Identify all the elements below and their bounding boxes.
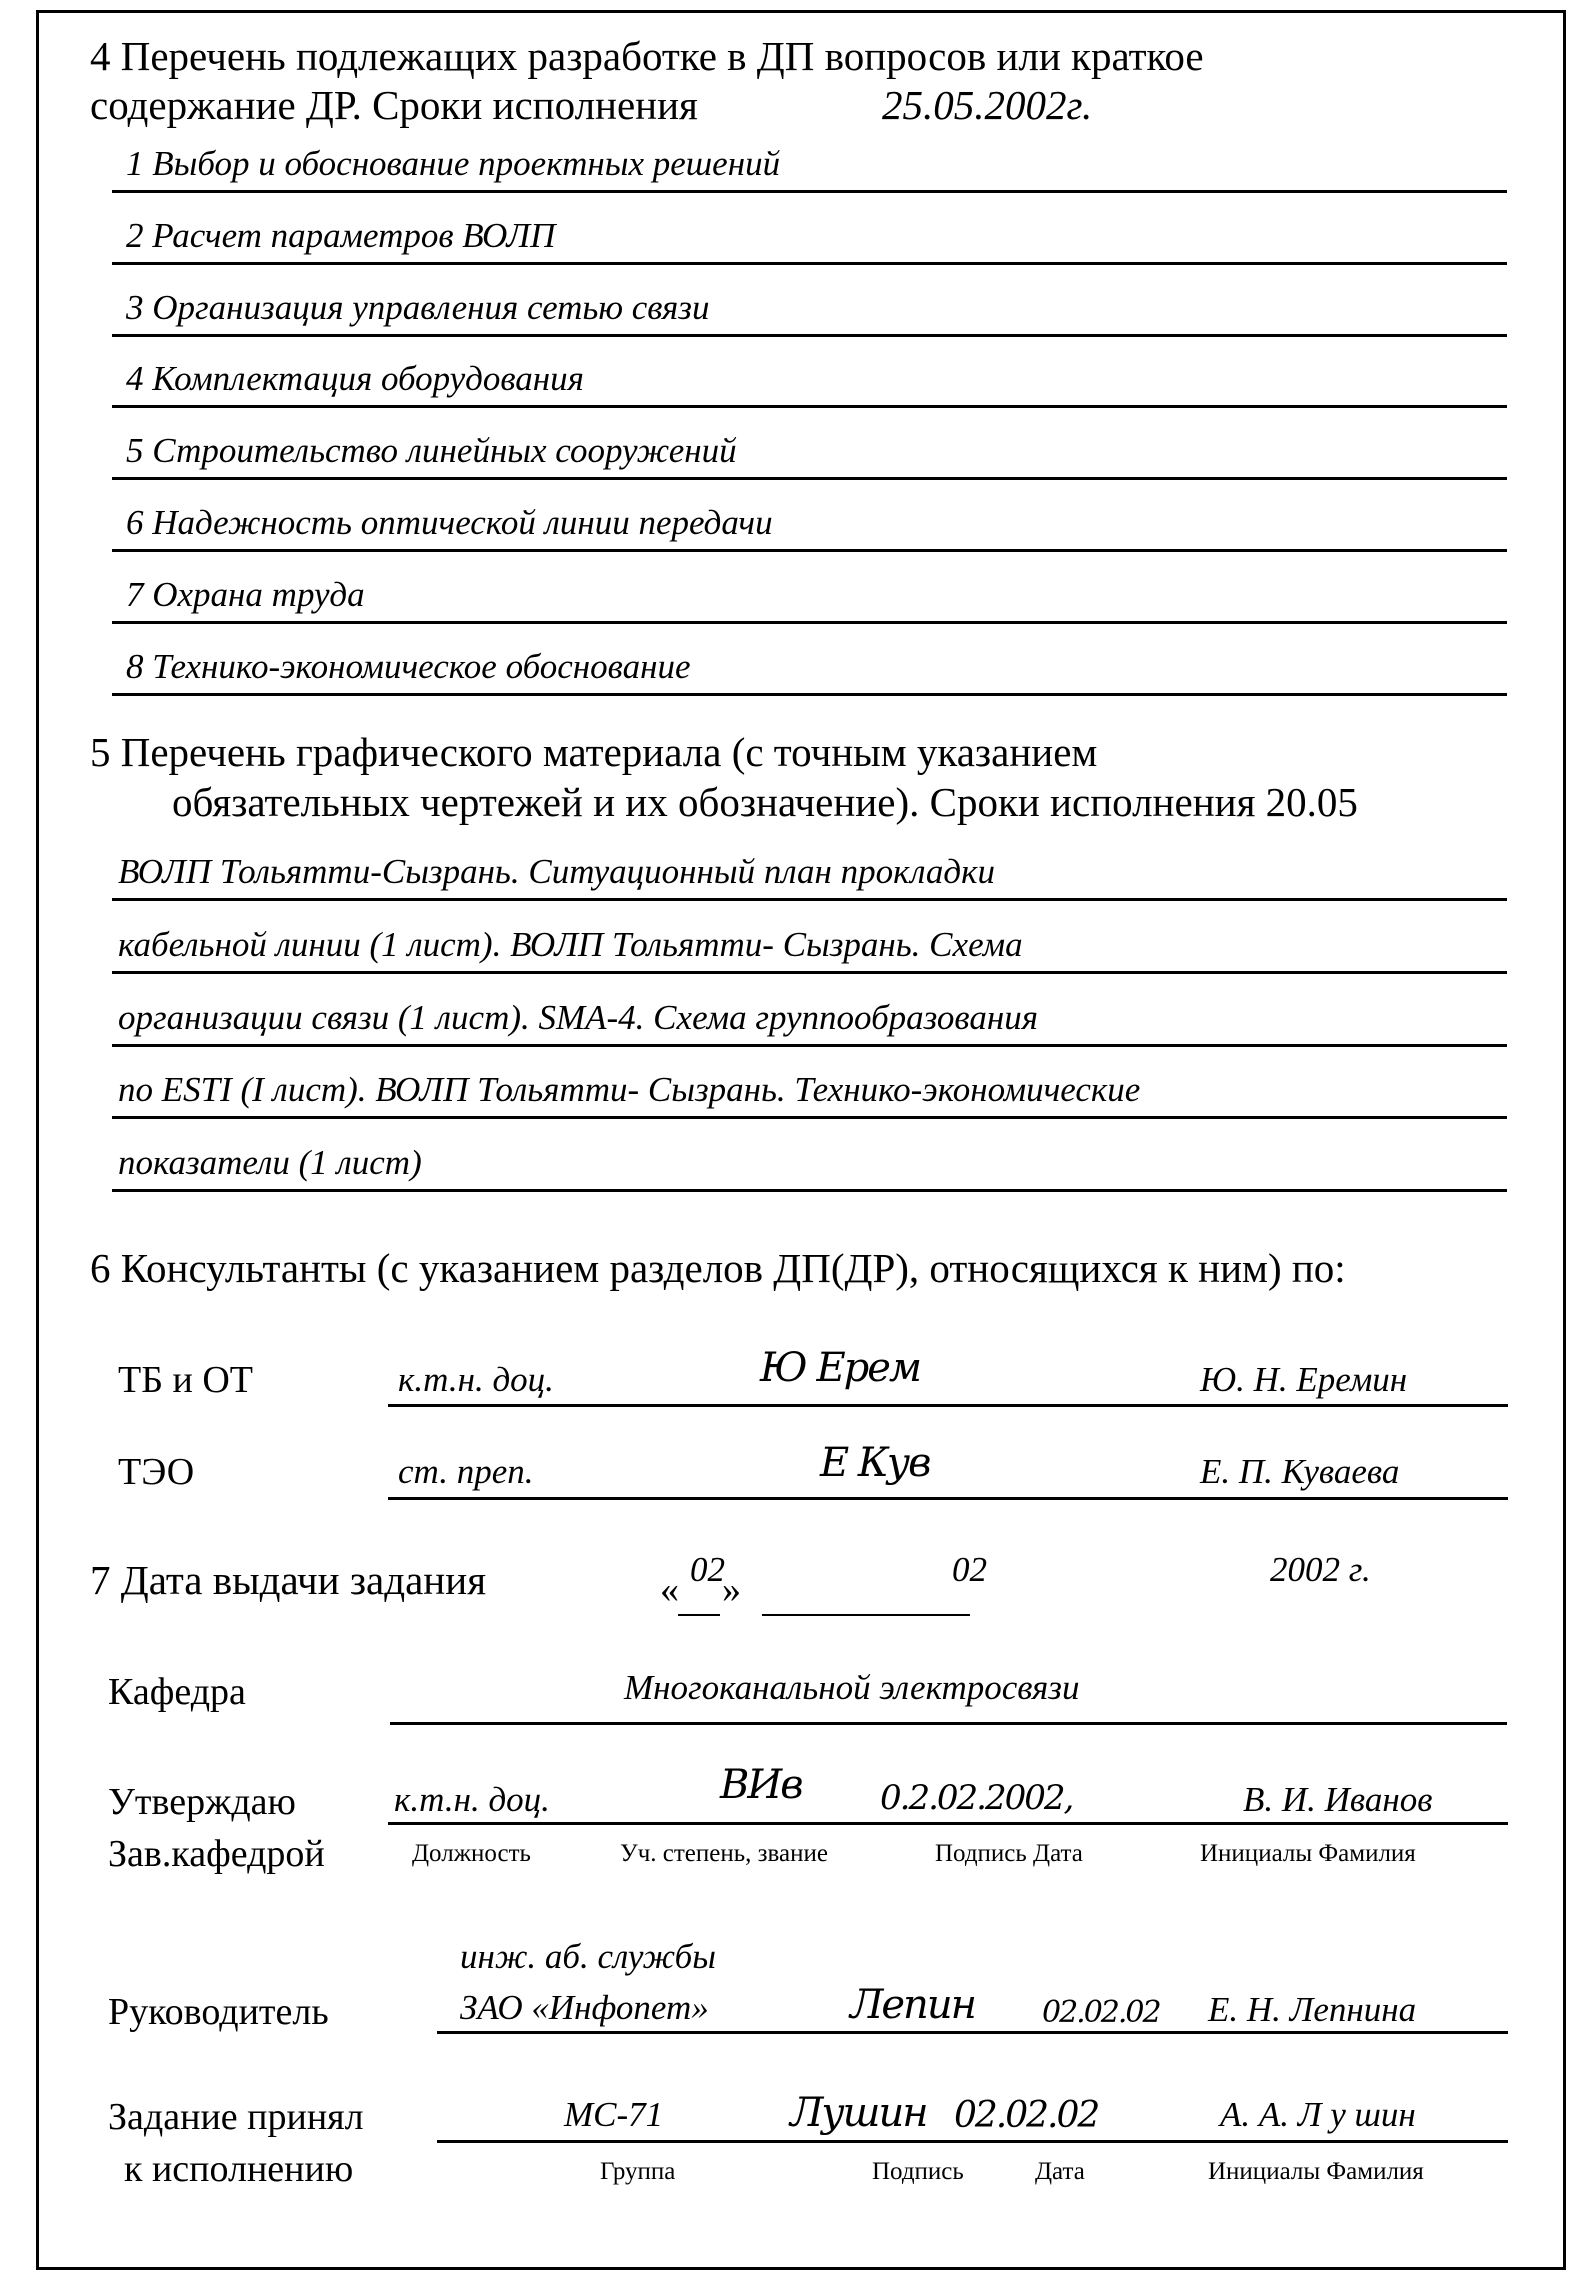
section4-item-underline	[112, 334, 1507, 337]
approval-signature: ВИв	[720, 1762, 802, 1808]
department-value: Многоканальной электросвязи	[624, 1668, 1079, 1708]
section4-title-line1: 4 Перечень подлежащих разработке в ДП во…	[90, 36, 1204, 77]
caption-degree: Уч. степень, звание	[620, 1840, 828, 1868]
section5-line-underline	[112, 1189, 1507, 1192]
supervisor-signature: Лепин	[850, 1982, 975, 2028]
section5-title-line1: 5 Перечень графического материала (с точ…	[90, 732, 1097, 773]
section4-item: 5 Строительство линейных сооружений	[126, 431, 737, 471]
department-underline	[390, 1722, 1507, 1725]
day-underline	[678, 1614, 720, 1616]
supervisor-label: Руководитель	[108, 1990, 329, 2034]
section5-line: организации связи (1 лист). SMA-4. Схема…	[118, 998, 1038, 1038]
accepted-date: 02.02.02	[954, 2095, 1098, 2136]
month-underline	[762, 1614, 970, 1616]
consultant-signature: Ю Ерем	[760, 1345, 920, 1391]
section4-item-underline	[112, 262, 1507, 265]
section4-item: 4 Комплектация оборудования	[126, 359, 584, 399]
accepted-signature: Лушин	[790, 2090, 927, 2136]
consultant-degree: к.т.н. доц.	[398, 1360, 554, 1400]
supervisor-position-line1: инж. аб. службы	[460, 1937, 716, 1977]
section5-line: ВОЛП Тольятти-Сызрань. Ситуационный план…	[118, 852, 995, 892]
consultant-signature: Е Кув	[820, 1440, 929, 1486]
page-frame	[36, 10, 1566, 2270]
consultant-degree: ст. преп.	[398, 1452, 534, 1492]
accepted-group: МС-71	[564, 2095, 663, 2135]
accepted-underline	[437, 2140, 1508, 2143]
supervisor-position-line2: ЗАО «Инфопет»	[460, 1988, 709, 2028]
open-quote: «	[660, 1568, 679, 1612]
section4-item-underline	[112, 693, 1507, 696]
section4-deadline: 25.05.2002г.	[882, 85, 1092, 126]
section4-item: 1 Выбор и обоснование проектных решений	[126, 144, 780, 184]
section5-line: кабельной линии (1 лист). ВОЛП Тольятти-…	[118, 925, 1023, 965]
caption-signature-date: Подпись Дата	[935, 1840, 1083, 1868]
consultant-name: Ю. Н. Еремин	[1200, 1360, 1407, 1400]
section4-item-underline	[112, 477, 1507, 480]
caption-name: Инициалы Фамилия	[1200, 1840, 1416, 1868]
section4-title-line2: содержание ДР. Сроки исполнения	[90, 85, 698, 126]
section5-line-underline	[112, 898, 1507, 901]
section4-item-underline	[112, 549, 1507, 552]
approval-label-line1: Утверждаю	[108, 1780, 296, 1824]
accepted-name: А. А. Л у шин	[1220, 2095, 1416, 2135]
section4-item-underline	[112, 621, 1507, 624]
issue-day: 02	[690, 1550, 725, 1590]
caption-signature: Подпись	[872, 2158, 964, 2186]
approval-underline	[388, 1822, 1508, 1825]
section4-item-underline	[112, 405, 1507, 408]
section5-line-underline	[112, 1116, 1507, 1119]
section5-line: показатели (1 лист)	[118, 1143, 422, 1183]
issue-year: 2002 г.	[1270, 1550, 1371, 1590]
supervisor-name: Е. Н. Лепнина	[1208, 1990, 1416, 2030]
section4-item: 6 Надежность оптической линии передачи	[126, 503, 773, 543]
section4-item: 3 Организация управления сетью связи	[126, 288, 709, 328]
section4-item: 7 Охрана труда	[126, 575, 365, 615]
caption-fullname: Инициалы Фамилия	[1208, 2158, 1424, 2186]
section5-line: по ESTI (I лист). ВОЛП Тольятти- Сызрань…	[118, 1070, 1140, 1110]
caption-date: Дата	[1035, 2158, 1085, 2186]
section4-item-underline	[112, 190, 1507, 193]
consultant-underline	[388, 1497, 1508, 1500]
supervisor-underline	[437, 2031, 1508, 2034]
approval-label-line2: Зав.кафедрой	[108, 1832, 325, 1876]
issue-month: 02	[952, 1550, 987, 1590]
supervisor-date: 02.02.02	[1042, 1995, 1160, 2030]
section5-line-underline	[112, 1044, 1507, 1047]
section7-label: 7 Дата выдачи задания	[90, 1560, 486, 1601]
section6-title: 6 Консультанты (с указанием разделов ДП(…	[90, 1248, 1346, 1289]
approval-date: 0.2.02.2002,	[880, 1778, 1072, 1818]
close-quote: »	[722, 1568, 741, 1612]
consultant-name: Е. П. Куваева	[1200, 1452, 1399, 1492]
department-label: Кафедра	[108, 1670, 246, 1714]
section4-item: 8 Технико-экономическое обоснование	[126, 647, 691, 687]
section5-title-line2: обязательных чертежей и их обозначение).…	[172, 782, 1358, 823]
consultant-section: ТЭО	[118, 1450, 194, 1494]
accepted-label-line1: Задание принял	[108, 2095, 364, 2139]
accepted-label-line2: к исполнению	[124, 2147, 353, 2191]
consultant-section: ТБ и ОТ	[118, 1358, 253, 1402]
approval-degree: к.т.н. доц.	[394, 1780, 550, 1820]
approval-name: В. И. Иванов	[1243, 1780, 1432, 1820]
caption-position: Должность	[412, 1840, 531, 1868]
caption-group: Группа	[600, 2158, 675, 2186]
section4-item: 2 Расчет параметров ВОЛП	[126, 216, 555, 256]
consultant-underline	[388, 1404, 1508, 1407]
section5-line-underline	[112, 971, 1507, 974]
